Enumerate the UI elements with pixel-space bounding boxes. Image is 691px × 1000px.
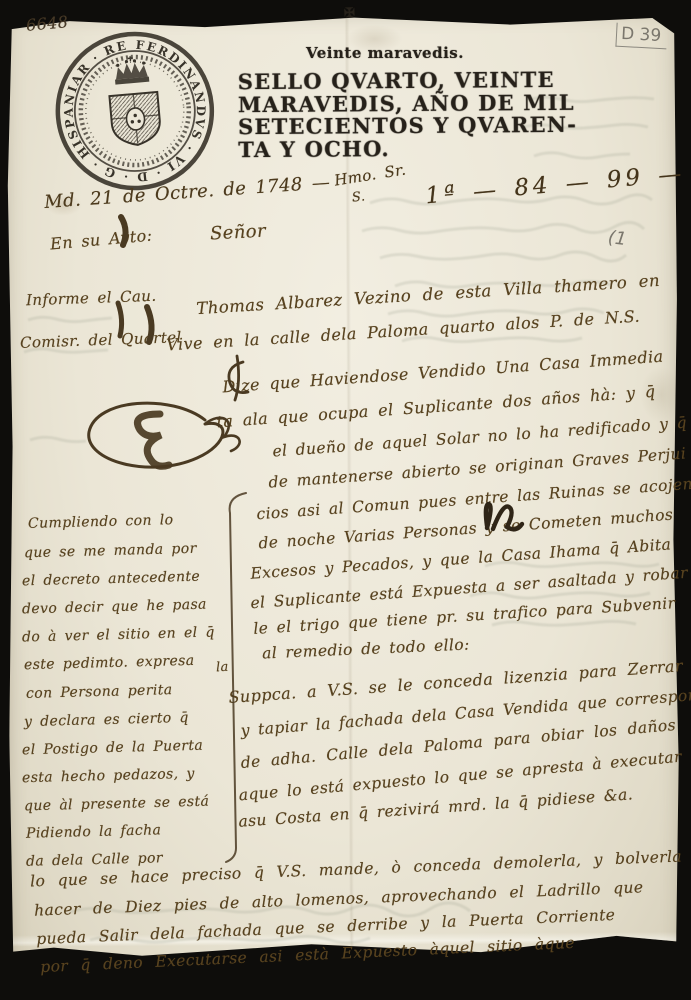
stamp-gothic-header: Veinte maravedis. xyxy=(306,44,464,62)
catchword: la xyxy=(216,660,229,676)
royal-seal: FERDINANDVS · VI · D · G · HISPANIAR · R… xyxy=(43,19,228,207)
coat-of-arms-shield xyxy=(109,92,161,147)
photo-backdrop: 6648 D 39 FERDINANDVS · VI · D · G · HIS… xyxy=(0,0,691,1000)
addressee-initial: S. xyxy=(351,189,366,205)
stamp-cross-ornament-icon: ✠ xyxy=(344,6,355,21)
stamp-line-4: TA Y OCHO. xyxy=(238,136,577,161)
stamp-line-3: SETECIENTOS Y QVAREN- xyxy=(238,114,577,139)
archive-reference: D 39 xyxy=(615,23,667,50)
pencil-annotation: (1 xyxy=(607,227,628,250)
salutation: Señor xyxy=(209,221,266,245)
